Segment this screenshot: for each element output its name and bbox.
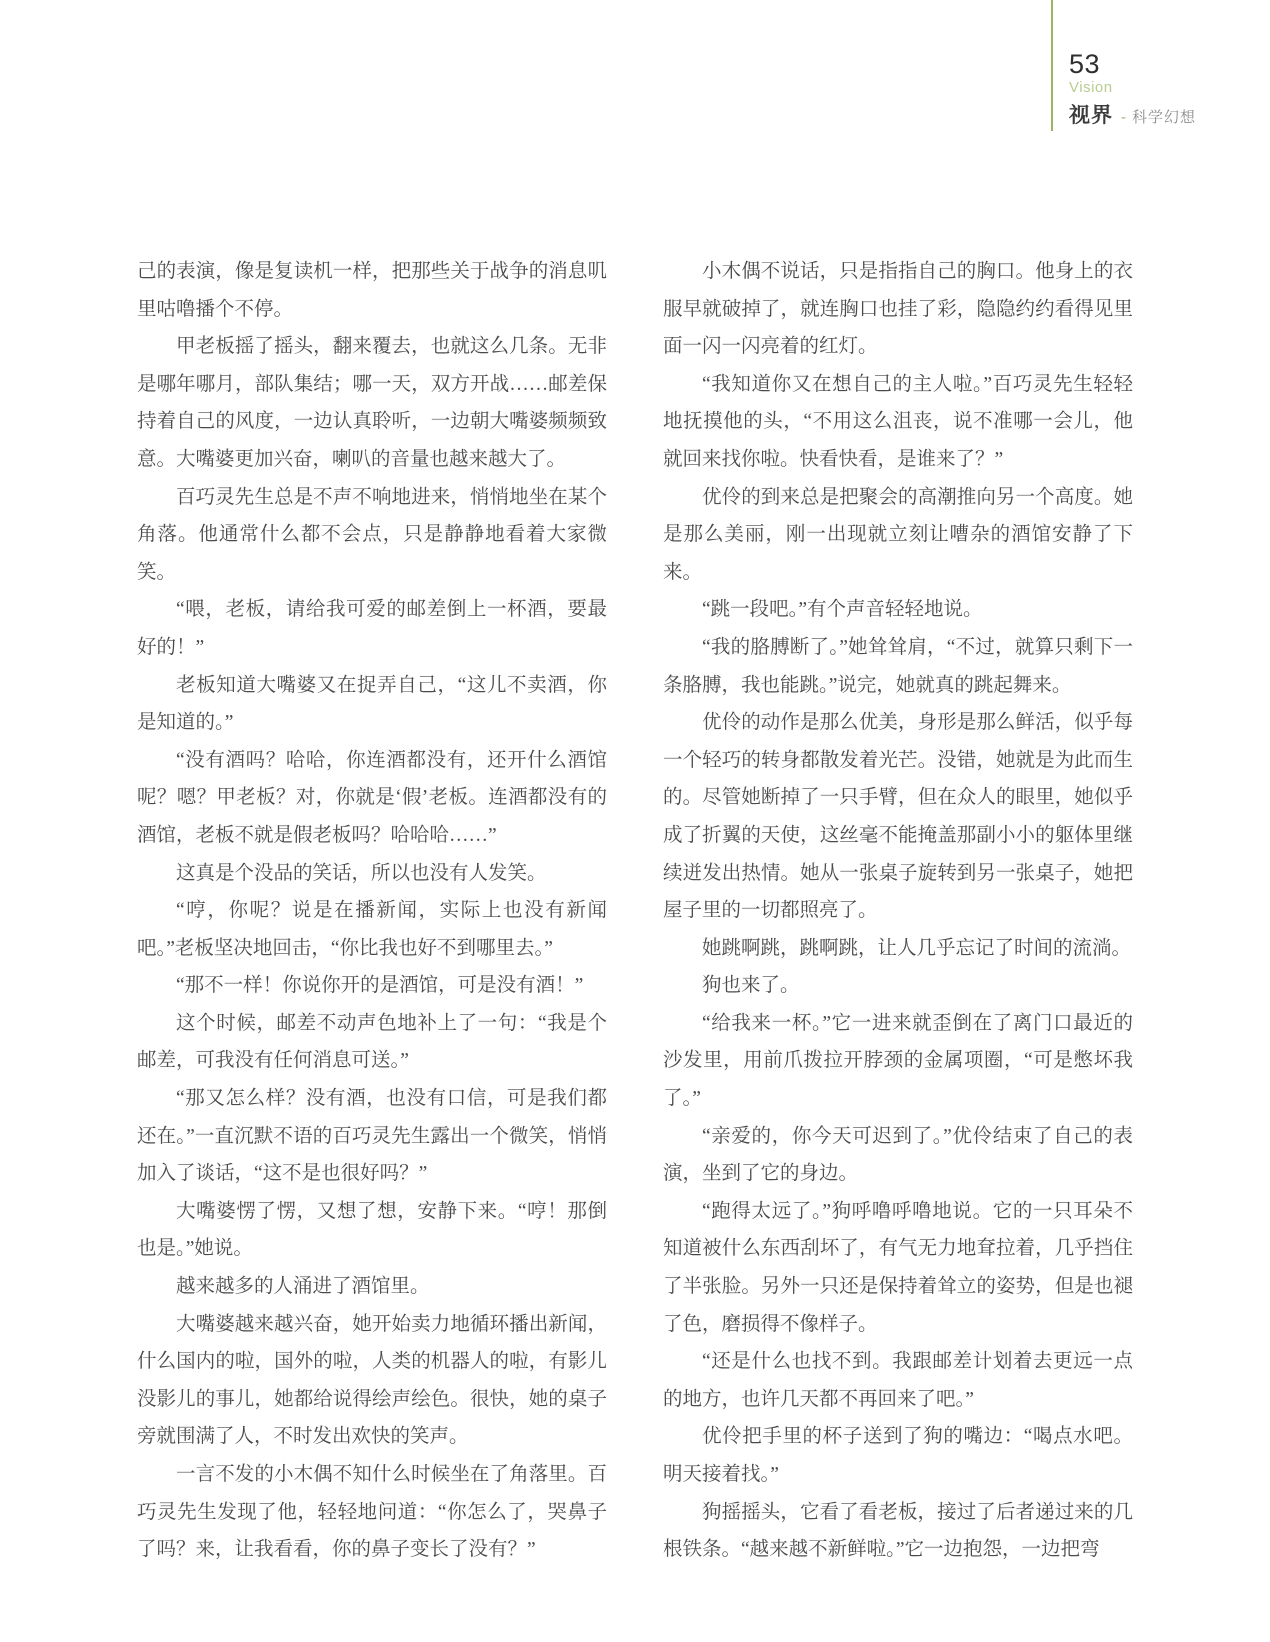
paragraph: “跳一段吧。”有个声音轻轻地说。 [663,591,1133,629]
paragraph: 大嘴婆越来越兴奋，她开始卖力地循环播出新闻，什么国内的啦，国外的啦，人类的机器人… [137,1306,607,1456]
section-name-zh: 视界 [1069,99,1113,129]
paragraph: 狗摇摇头，它看了看老板，接过了后者递过来的几根铁条。“越来越不新鲜啦。”它一边抱… [663,1494,1133,1569]
paragraph: 一言不发的小木偶不知什么时候坐在了角落里。百巧灵先生发现了他，轻轻地问道：“你怎… [137,1456,607,1569]
paragraph: “没有酒吗？哈哈，你连酒都没有，还开什么酒馆呢？嗯？甲老板？对，你就是‘假’老板… [137,742,607,855]
section-subtitle: 科学幻想 [1132,106,1196,127]
paragraph: “那又怎么样？没有酒，也没有口信，可是我们都还在。”一直沉默不语的百巧灵先生露出… [137,1080,607,1193]
paragraph: 优伶的到来总是把聚会的高潮推向另一个高度。她是那么美丽，刚一出现就立刻让嘈杂的酒… [663,479,1133,592]
section-title-row: 视界 - 科学幻想 [1069,99,1196,129]
paragraph: “那不一样！你说你开的是酒馆，可是没有酒！” [137,967,607,1005]
paragraph: “跑得太远了。”狗呼噜呼噜地说。它的一只耳朵不知道被什么东西刮坏了，有气无力地耷… [663,1193,1133,1343]
paragraph: 己的表演，像是复读机一样，把那些关于战争的消息叽里咕噜播个不停。 [137,253,607,328]
text-column-left: 己的表演，像是复读机一样，把那些关于战争的消息叽里咕噜播个不停。甲老板摇了摇头，… [137,253,607,1569]
magazine-page: 53 Vision 视界 - 科学幻想 己的表演，像是复读机一样，把那些关于战争… [0,0,1270,1642]
paragraph: 这个时候，邮差不动声色地补上了一句：“我是个邮差，可我没有任何消息可送。” [137,1005,607,1080]
page-header: 53 Vision 视界 - 科学幻想 [1069,50,1196,129]
paragraph: 小木偶不说话，只是指指自己的胸口。他身上的衣服早就破掉了，就连胸口也挂了彩，隐隐… [663,253,1133,366]
paragraph: 这真是个没品的笑话，所以也没有人发笑。 [137,855,607,893]
paragraph: “我知道你又在想自己的主人啦。”百巧灵先生轻轻地抚摸他的头，“不用这么沮丧，说不… [663,366,1133,479]
paragraph: 百巧灵先生总是不声不响地进来，悄悄地坐在某个角落。他通常什么都不会点，只是静静地… [137,479,607,592]
section-divider-line [1051,0,1053,131]
paragraph: 狗也来了。 [663,967,1133,1005]
paragraph: “哼，你呢？说是在播新闻，实际上也没有新闻吧。”老板坚决地回击，“你比我也好不到… [137,892,607,967]
page-number: 53 [1069,50,1196,78]
paragraph: “我的胳膊断了。”她耸耸肩，“不过，就算只剩下一条胳膊，我也能跳。”说完，她就真… [663,629,1133,704]
paragraph: 甲老板摇了摇头，翻来覆去，也就这么几条。无非是哪年哪月，部队集结；哪一天，双方开… [137,328,607,478]
paragraph: 她跳啊跳，跳啊跳，让人几乎忘记了时间的流淌。 [663,930,1133,968]
paragraph: 越来越多的人涌进了酒馆里。 [137,1268,607,1306]
article-body: 己的表演，像是复读机一样，把那些关于战争的消息叽里咕噜播个不停。甲老板摇了摇头，… [137,253,1133,1569]
paragraph: 老板知道大嘴婆又在捉弄自己，“这儿不卖酒，你是知道的。” [137,667,607,742]
paragraph: “给我来一杯。”它一进来就歪倒在了离门口最近的沙发里，用前爪拨拉开脖颈的金属项圈… [663,1005,1133,1118]
section-dash: - [1121,109,1126,126]
paragraph: “亲爱的，你今天可迟到了。”优伶结束了自己的表演，坐到了它的身边。 [663,1118,1133,1193]
paragraph: “喂，老板，请给我可爱的邮差倒上一杯酒，要最好的！” [137,591,607,666]
section-name-en: Vision [1069,79,1196,96]
paragraph: “还是什么也找不到。我跟邮差计划着去更远一点的地方，也许几天都不再回来了吧。” [663,1343,1133,1418]
text-column-right: 小木偶不说话，只是指指自己的胸口。他身上的衣服早就破掉了，就连胸口也挂了彩，隐隐… [663,253,1133,1569]
paragraph: 大嘴婆愣了愣，又想了想，安静下来。“哼！那倒也是。”她说。 [137,1193,607,1268]
paragraph: 优伶的动作是那么优美，身形是那么鲜活，似乎每一个轻巧的转身都散发着光芒。没错，她… [663,704,1133,930]
paragraph: 优伶把手里的杯子送到了狗的嘴边：“喝点水吧。明天接着找。” [663,1418,1133,1493]
